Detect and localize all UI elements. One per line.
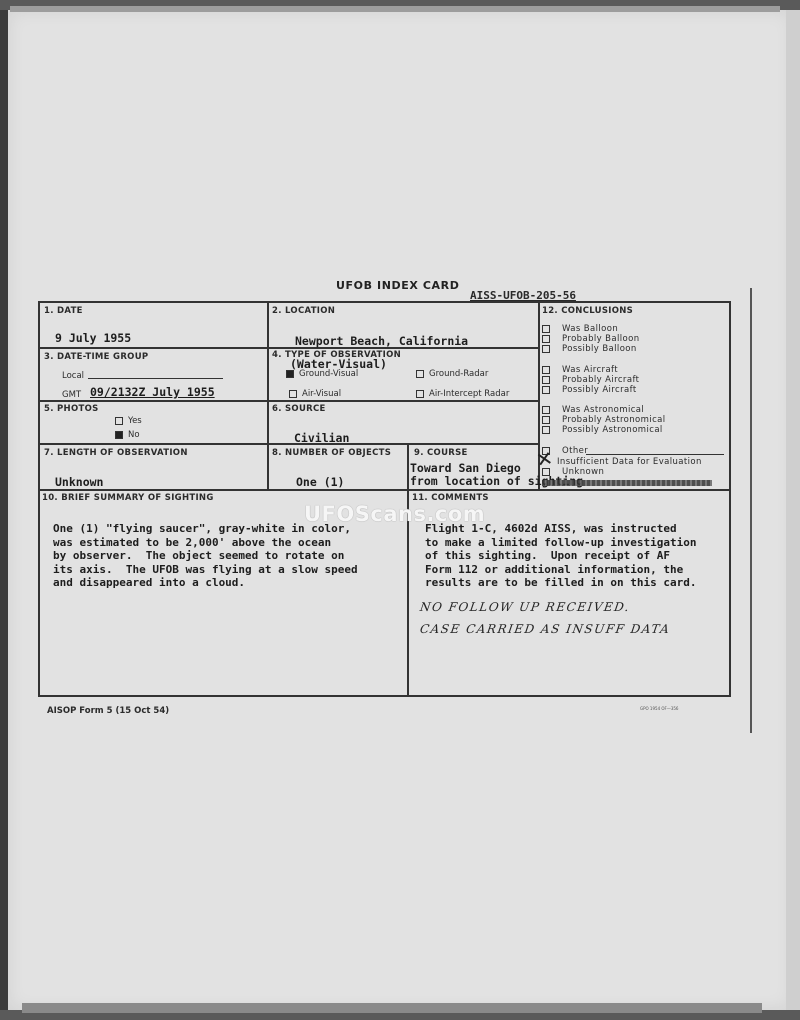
divider <box>407 443 409 696</box>
checkbox-icon <box>542 325 550 333</box>
conclusion-possibly-aircraft[interactable]: Possibly Aircraft <box>542 385 637 395</box>
location-label: 2. LOCATION <box>272 306 335 316</box>
option-air-visual[interactable]: Air-Visual <box>289 389 341 399</box>
gmt-label: GMT <box>62 390 81 400</box>
checkbox-icon <box>542 426 550 434</box>
checkbox-icon <box>542 386 550 394</box>
divider <box>39 489 730 491</box>
option-ground-radar[interactable]: Ground-Radar <box>416 369 488 379</box>
option-ground-visual[interactable]: Ground-Visual <box>286 369 358 379</box>
checkbox-icon <box>416 390 424 398</box>
length-of-observation-value: Unknown <box>55 475 103 489</box>
handwritten-note-line1: NO FOLLOW UP RECEIVED. <box>419 600 631 614</box>
conclusion-was-balloon[interactable]: Was Balloon <box>542 324 618 334</box>
scan-right-edge <box>786 10 800 1010</box>
photos-yes-option[interactable]: Yes <box>115 416 142 426</box>
number-of-objects-value: One (1) <box>296 475 344 489</box>
conclusion-possibly-balloon[interactable]: Possibly Balloon <box>542 344 637 354</box>
photos-label: 5. PHOTOS <box>44 404 99 414</box>
checkbox-icon <box>542 366 550 374</box>
location-value: Newport Beach, California <box>295 334 468 348</box>
photos-no-option[interactable]: No <box>115 430 140 440</box>
checkbox-icon <box>416 370 424 378</box>
number-of-objects-label: 8. NUMBER OF OBJECTS <box>272 448 391 458</box>
conclusion-probably-astronomical[interactable]: Probably Astronomical <box>542 415 666 425</box>
date-label: 1. DATE <box>44 306 83 316</box>
checkbox-icon <box>542 335 550 343</box>
scan-top-shadow <box>10 6 780 12</box>
conclusion-was-astronomical[interactable]: Was Astronomical <box>542 405 644 415</box>
source-label: 6. SOURCE <box>272 404 326 414</box>
divider <box>39 400 538 402</box>
checkbox-checked-icon <box>286 370 294 378</box>
handwritten-note-line2: CASE CARRIED AS INSUFF DATA <box>419 622 671 636</box>
printer-mark: GPO 1954 OF—356 <box>640 706 678 711</box>
local-time-line <box>88 378 223 379</box>
date-value: 9 July 1955 <box>55 331 131 345</box>
divider <box>267 302 269 490</box>
conclusion-probably-aircraft[interactable]: Probably Aircraft <box>542 375 639 385</box>
course-value-line1: Toward San Diego <box>410 461 521 475</box>
checkbox-checked-icon <box>115 431 123 439</box>
length-of-observation-label: 7. LENGTH OF OBSERVATION <box>44 448 188 458</box>
date-time-group-label: 3. DATE-TIME GROUP <box>44 352 148 362</box>
other-fill-line <box>586 454 724 455</box>
checkbox-icon <box>542 345 550 353</box>
source-value: Civilian <box>294 431 349 445</box>
conclusion-possibly-astronomical[interactable]: Possibly Astronomical <box>542 425 663 435</box>
form-footer: AISOP Form 5 (15 Oct 54) <box>47 706 169 716</box>
checkbox-icon <box>542 376 550 384</box>
watermark: UFOScans.com <box>304 502 485 526</box>
right-margin-rule <box>750 288 752 733</box>
comments-text: Flight 1-C, 4602d AISS, was instructedto… <box>425 522 697 590</box>
conclusion-insufficient-data[interactable]: Insufficient Data for Evaluation <box>557 457 702 467</box>
conclusions-label: 12. CONCLUSIONS <box>542 306 633 316</box>
divider <box>39 443 538 445</box>
summary-text: One (1) "flying saucer", gray-white in c… <box>53 522 358 590</box>
card-title: UFOB INDEX CARD <box>336 279 459 292</box>
struck-out-text <box>542 480 712 486</box>
conclusion-was-aircraft[interactable]: Was Aircraft <box>542 365 618 375</box>
option-air-intercept-radar[interactable]: Air-Intercept Radar <box>416 389 509 399</box>
conclusion-probably-balloon[interactable]: Probably Balloon <box>542 334 640 344</box>
checkbox-icon <box>542 416 550 424</box>
course-label: 9. COURSE <box>414 448 468 458</box>
gmt-value: 09/2132Z July 1955 <box>90 385 215 399</box>
checkbox-icon <box>542 406 550 414</box>
local-time-label: Local <box>62 371 84 381</box>
scan-bottom-shadow <box>22 1003 762 1013</box>
checkbox-icon <box>115 417 123 425</box>
summary-label: 10. BRIEF SUMMARY OF SIGHTING <box>42 493 214 503</box>
checkbox-icon <box>289 390 297 398</box>
